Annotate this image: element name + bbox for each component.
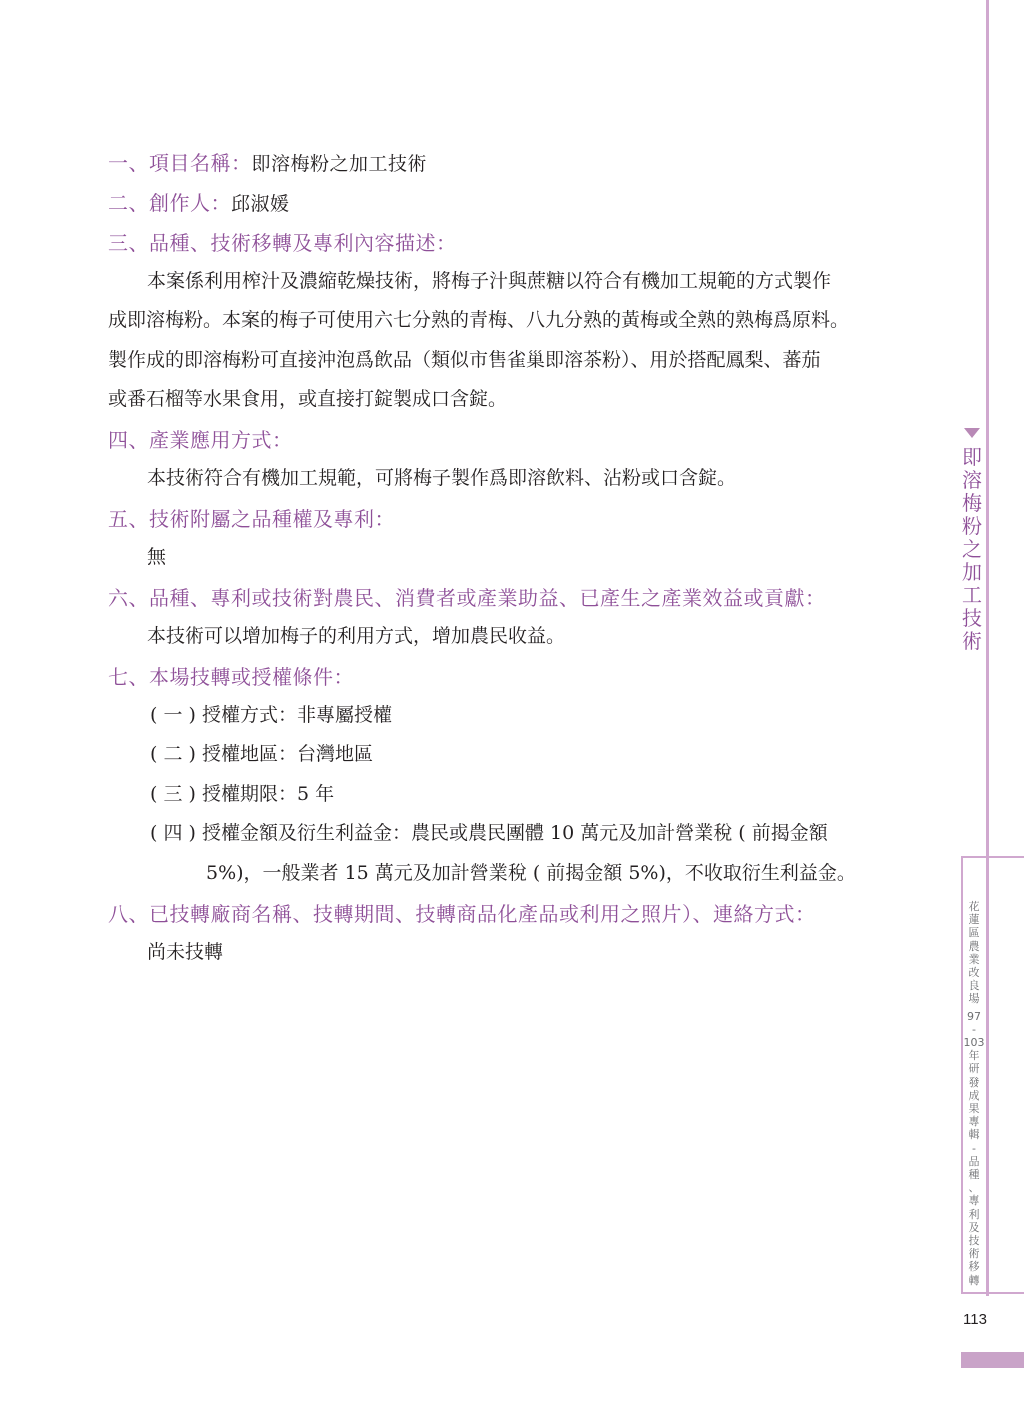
triangle-down-icon <box>964 428 980 438</box>
section-4-body: 本技術符合有機加工規範，可將梅子製作爲即溶飲料、沾粉或口含錠。 <box>147 463 736 490</box>
section-4-heading: 四、產業應用方式： <box>108 424 293 453</box>
project-name: 即溶梅粉之加工技術 <box>252 153 428 175</box>
section-8-body: 尚未技轉 <box>147 937 223 964</box>
section-3-body-line-4: 或番石榴等水果食用，或直接打錠製成口含錠。 <box>108 384 507 411</box>
section-8-heading: 八、已技轉廠商名稱、技轉期間、技轉商品化產品或利用之照片）、連絡方式： <box>108 898 816 927</box>
section-5-body: 無 <box>147 542 166 569</box>
section-2-heading: 二、創作人：邱淑媛 <box>108 187 290 216</box>
section-5-heading: 五、技術附屬之品種權及專利： <box>108 503 395 532</box>
license-item-2: ( 二 ) 授權地區：台灣地區 <box>150 739 373 766</box>
section-3-body-line-1: 本案係利用榨汁及濃縮乾燥技術，將梅子汁與蔗糖以符合有機加工規範的方式製作 <box>147 266 831 293</box>
chapter-title-vertical: 即 溶 梅 粉 之 加 工 技 術 <box>957 446 987 653</box>
book-title-vertical: 花 蓮 區 農 業 改 良 場 97 - 103 年 研 發 成 果 專 輯 -… <box>963 900 985 1287</box>
section-6-heading: 六、品種、專利或技術對農民、消費者或產業助益、已產生之產業效益或貢獻： <box>108 582 826 611</box>
section-3-body-line-3: 製作成的即溶梅粉可直接沖泡爲飲品（類似市售雀巢即溶茶粉）、用於搭配鳳梨、蕃茄 <box>108 345 821 372</box>
page-number: 113 <box>963 1311 993 1328</box>
license-item-1: ( 一 ) 授權方式：非專屬授權 <box>150 700 392 727</box>
section-3-body-line-2: 成即溶梅粉。本案的梅子可使用六七分熟的青梅、八九分熟的黃梅或全熟的熟梅爲原料。 <box>108 305 849 332</box>
section-6-body: 本技術可以增加梅子的利用方式，增加農民收益。 <box>147 621 565 648</box>
section-3-heading: 三、品種、技術移轉及專利內容描述： <box>108 227 457 256</box>
license-item-4-cont: 5%)，一般業者 15 萬元及加計營業稅 ( 前揭金額 5%)，不收取衍生利益金… <box>206 858 856 885</box>
section-7-heading: 七、本場技轉或授權條件： <box>108 661 354 690</box>
page-tab-bar <box>961 1352 1024 1368</box>
creator-name: 邱淑媛 <box>231 193 290 215</box>
section-1-heading: 一、項目名稱：即溶梅粉之加工技術 <box>108 147 427 176</box>
license-item-3: ( 三 ) 授權期限：5 年 <box>150 779 334 806</box>
license-item-4: ( 四 ) 授權金額及衍生利益金：農民或農民團體 10 萬元及加計營業稅 ( 前… <box>150 818 828 845</box>
